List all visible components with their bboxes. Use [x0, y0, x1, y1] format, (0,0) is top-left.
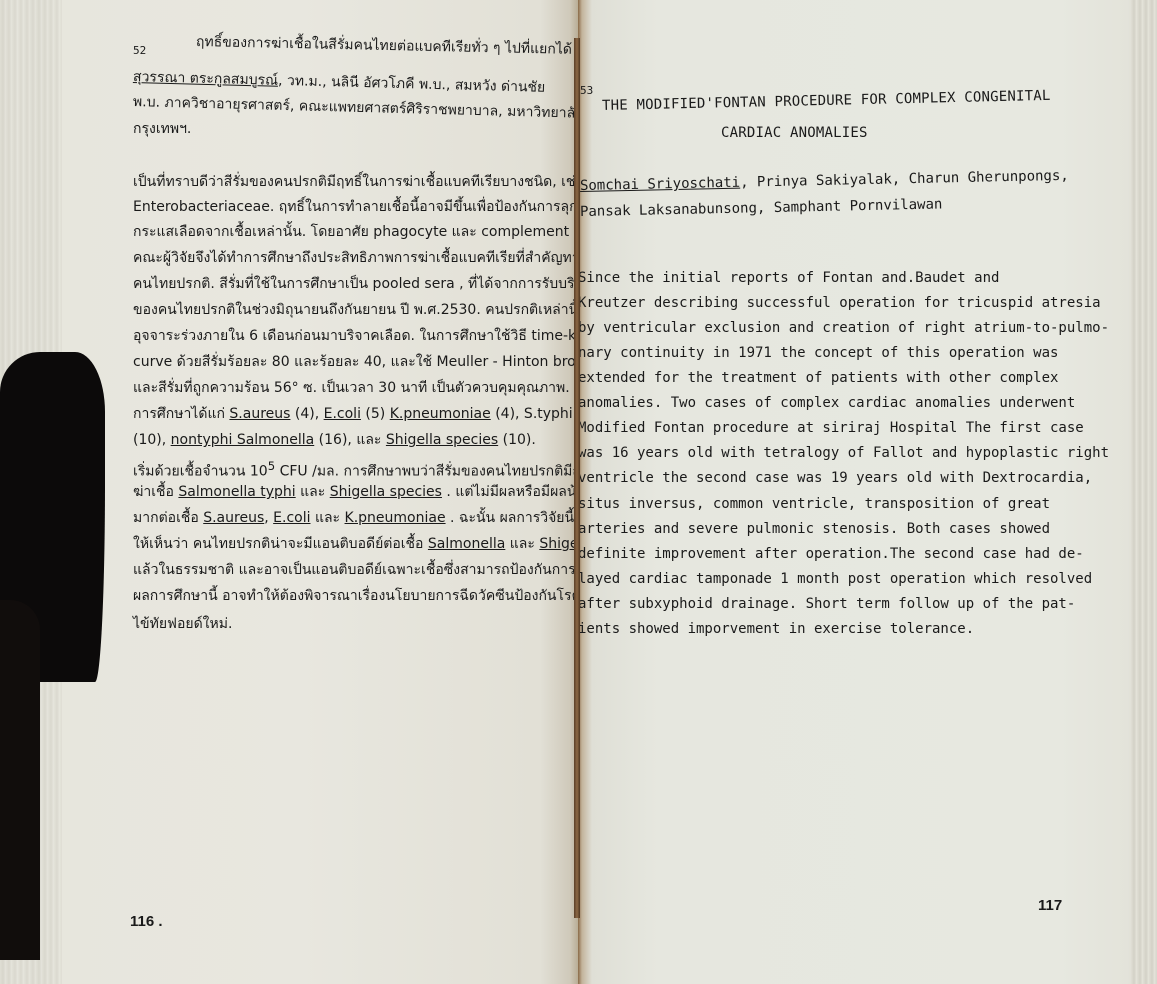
organism: E.coli: [273, 510, 310, 526]
authors-line-3: กรุงเทพฯ.: [133, 117, 191, 142]
organism: S.aureus: [203, 510, 264, 526]
abstract-line: after subxyphoid drainage. Short term fo…: [578, 592, 1075, 617]
body-line: Enterobacteriaceae. ฤทธิ์ในการทำลายเชื้อ…: [133, 195, 603, 220]
organism: Shigella species: [386, 432, 498, 448]
body-line: curve ด้วยสีรั่มร้อยละ 80 และร้อยละ 40, …: [133, 350, 590, 375]
organism: Salmonella: [428, 536, 505, 552]
page-edge-stack: [1131, 0, 1157, 984]
abstract-line: Modified Fontan procedure at siriraj Hos…: [578, 416, 1084, 441]
book-spine-gutter: [574, 38, 580, 918]
body-line: อุจจาระร่วงภายใน 6 เดือนก่อนมาบริจาคเลือ…: [133, 324, 588, 349]
abstract-line: layed cardiac tamponade 1 month post ope…: [578, 567, 1092, 592]
body-line-organisms: มากต่อเชื้อ S.aureus, E.coli และ K.pneum…: [133, 506, 574, 531]
page-number-right: 117: [1038, 897, 1062, 914]
authors-line-1: Somchai Sriyoschati, Prinya Sakiyalak, C…: [580, 164, 1069, 199]
first-author: Somchai Sriyoschati: [580, 175, 740, 194]
right-page: 53 THE MODIFIED'FONTAN PROCEDURE FOR COM…: [578, 0, 1157, 984]
body-line-organisms: การศึกษาได้แก่ S.aureus (4), E.coli (5) …: [133, 402, 573, 427]
organism: E.coli: [324, 406, 361, 422]
abstract-title-thai: ฤทธิ์ของการฆ่าเชื้อในสีรั่มคนไทยต่อแบคที…: [196, 30, 572, 63]
abstract-line: anomalies. Two cases of complex cardiac …: [578, 391, 1075, 416]
co-authors: , Prinya Sakiyalak, Charun Gherunpongs,: [740, 168, 1069, 191]
body-line: และสีรั่มที่ถูกความร้อน 56° ซ. เป็นเวลา …: [133, 376, 622, 401]
abstract-line: was 16 years old with tetralogy of Fallo…: [578, 441, 1109, 466]
abstract-title-line-2: CARDIAC ANOMALIES: [721, 125, 868, 141]
body-line: เป็นที่ทราบดีว่าสีรั่มของคนปรกติมีฤทธิ์ใ…: [133, 170, 608, 195]
journal-page-ref-right: 53: [580, 78, 593, 103]
abstract-line: ventricle the second case was 19 years o…: [578, 466, 1092, 491]
body-line-organisms: ให้เห็นว่า คนไทยปรกติน่าจะมีแอนติบอดีย์ต…: [133, 532, 595, 557]
body-line: กระแสเลือดจากเชื้อเหล่านั้น. โดยอาศัย ph…: [133, 220, 569, 245]
body-line: คณะผู้วิจัยจึงได้ทำการศึกษาถึงประสิทธิภา…: [133, 246, 622, 271]
abstract-line: Kreutzer describing successful operation…: [578, 291, 1101, 316]
body-line: ผลการศึกษานี้ อาจทำให้ต้องพิจารณาเรื่องน…: [133, 584, 649, 609]
co-authors: , วท.ม., นลินี อัศวโภคี พ.บ., สมหวัง ด่า…: [278, 73, 546, 96]
body-line: คนไทยปรกติ. สีรั่มที่ใช้ในการศึกษาเป็น p…: [133, 272, 600, 297]
abstract-line: by ventricular exclusion and creation of…: [578, 316, 1109, 341]
organism: Shigella species: [330, 484, 442, 500]
abstract-line: nary continuity in 1971 the concept of t…: [578, 341, 1058, 366]
thumb-shadow-tail: [0, 600, 40, 960]
body-line-organisms: ฆ่าเชื้อ Salmonella typhi และ Shigella s…: [133, 480, 593, 505]
organism: K.pneumoniae: [345, 510, 446, 526]
page-number-left: 116 .: [130, 913, 163, 930]
organism: S.aureus: [229, 406, 290, 422]
organism: K.pneumoniae: [390, 406, 491, 422]
body-line: ไข้ทัยฟอยด์ใหม่.: [133, 612, 232, 637]
body-line-organisms: (10), nontyphi Salmonella (16), และ Shig…: [133, 428, 536, 453]
body-line: ของคนไทยปรกติในช่วงมิถุนายนถึงกันยายน ปี…: [133, 298, 604, 323]
journal-page-ref-left: 52: [133, 38, 146, 63]
abstract-line: extended for the treatment of patients w…: [578, 366, 1058, 391]
abstract-line: Since the initial reports of Fontan and.…: [578, 266, 999, 291]
abstract-line: arteries and severe pulmonic stenosis. B…: [578, 517, 1050, 542]
first-author: สุวรรณา ตระกูลสมบูรณ์: [133, 69, 278, 89]
body-line: แล้วในธรรมชาติ และอาจเป็นแอนติบอดีย์เฉพา…: [133, 558, 616, 583]
organism: Salmonella typhi: [178, 484, 295, 500]
abstract-title-line-1: THE MODIFIED'FONTAN PROCEDURE FOR COMPLE…: [602, 88, 1051, 114]
abstract-line: definite improvement after operation.The…: [578, 542, 1084, 567]
organism: nontyphi Salmonella: [171, 432, 315, 448]
abstract-line: ients showed imporvement in exercise tol…: [578, 617, 974, 642]
abstract-line: situs inversus, common ventricle, transp…: [578, 492, 1050, 517]
